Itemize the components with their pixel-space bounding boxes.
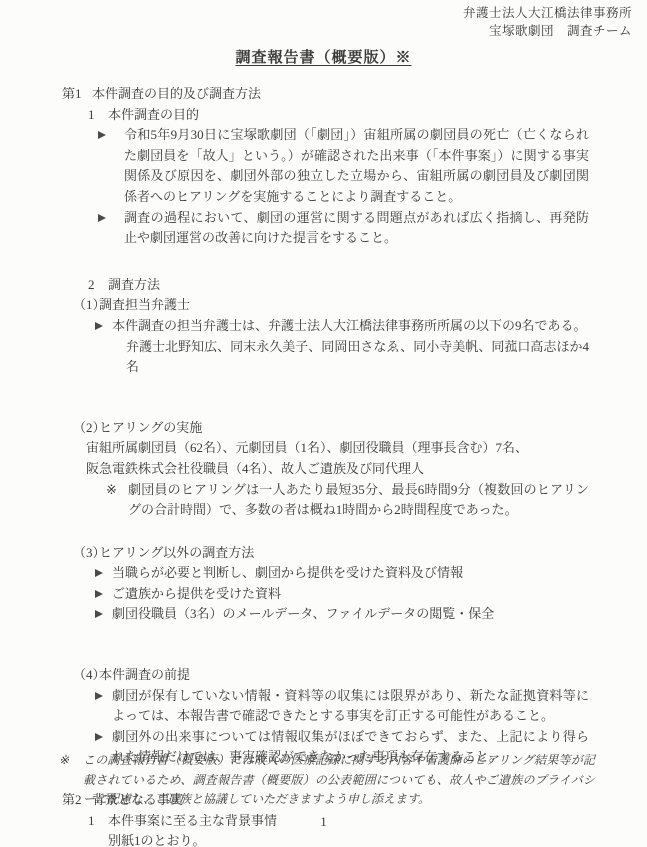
item-marker: 第1	[62, 84, 92, 105]
item-text: 当職らが必要と判断し、劇団から提供を受けた資料及び情報	[112, 563, 589, 584]
item-marker: ※	[106, 480, 128, 501]
arrow-bullet	[95, 563, 112, 584]
item-text: 本件調査の目的	[108, 105, 589, 126]
item-text: 宙組所属劇団員（62名）、元劇団員（1名）、劇団役職員（理事長含む）7名、	[86, 438, 589, 459]
report-page: 弁護士法人大江橋法律事務所 宝塚歌劇団 調査チーム 調査報告書（概要版）※ 第1…	[0, 0, 647, 847]
lawyer-names-line: 弁護士北野知広、同末永久美子、同岡田さなゑ、同小寺美帆、同菰口高志ほか4名	[126, 337, 589, 378]
numbered-heading: 1本件調査の目的	[88, 105, 589, 126]
page-number: 1	[0, 814, 647, 830]
item-text: 本件調査の目的及び調査方法	[92, 84, 589, 105]
arrow-bullet-icon	[95, 569, 103, 577]
reference-mark-icon: ※	[59, 751, 83, 771]
item-text: 阪急電鉄株式会社役職員（4名）、故人ご遺族及び同代理人	[86, 459, 589, 480]
item-marker: （4）	[73, 665, 99, 686]
item-text: 調査方法	[108, 275, 589, 296]
section-heading: 第1本件調査の目的及び調査方法	[62, 84, 589, 105]
document-body: 第1本件調査の目的及び調査方法1本件調査の目的令和5年9月30日に宝塚歌劇団（「…	[0, 84, 647, 847]
arrow-bullet-icon	[95, 322, 103, 330]
letterhead: 弁護士法人大江橋法律事務所 宝塚歌劇団 調査チーム	[463, 4, 632, 40]
footnote: ※ この調査報告書（概要版）には故人の医療記録に関する内容や看護師のヒアリング結…	[59, 751, 595, 810]
bullet-item: 劇団役職員（3名）のメールデータ、ファイルデータの閲覧・保全	[95, 604, 589, 625]
arrow-bullet-icon	[98, 131, 106, 139]
arrow-bullet-icon	[95, 610, 103, 618]
letterhead-team-name: 宝塚歌劇団 調査チーム	[463, 22, 632, 40]
item-marker: 2	[88, 275, 108, 296]
item-marker: （3）	[73, 543, 99, 564]
arrow-bullet	[95, 727, 112, 748]
note-item: ※劇団員のヒアリングは一人あたり最短35分、最長6時間9分（複数回のヒアリングの…	[106, 480, 589, 521]
item-text: 劇団が保有していない情報・資料等の収集には限界があり、新たな証拠資料等によっては…	[112, 686, 589, 727]
blank-line	[0, 521, 589, 543]
item-marker: （2）	[73, 418, 99, 439]
arrow-bullet-icon	[95, 692, 103, 700]
arrow-bullet-icon	[95, 733, 103, 741]
arrow-bullet	[95, 584, 112, 605]
arrow-bullet	[95, 604, 112, 625]
bullet-item: 当職らが必要と判断し、劇団から提供を受けた資料及び情報	[95, 563, 589, 584]
arrow-bullet-icon	[95, 590, 103, 598]
blank-line	[0, 625, 589, 665]
sub-heading: （4）本件調査の前提	[73, 665, 589, 686]
arrow-bullet	[95, 316, 112, 337]
item-text: 調査担当弁護士	[99, 295, 589, 316]
letterhead-firm-name: 弁護士法人大江橋法律事務所	[463, 4, 632, 22]
bullet-item: ご遺族から提供を受けた資料	[95, 584, 589, 605]
arrow-bullet	[95, 686, 112, 707]
item-text: 弁護士北野知広、同末永久美子、同岡田さなゑ、同小寺美帆、同菰口高志ほか4名	[126, 337, 589, 378]
footnote-text: この調査報告書（概要版）には故人の医療記録に関する内容や看護師のヒアリング結果等…	[83, 751, 595, 810]
item-text: 劇団役職員（3名）のメールデータ、ファイルデータの閲覧・保全	[112, 604, 589, 625]
item-text: 劇団員のヒアリングは一人あたり最短35分、最長6時間9分（複数回のヒアリングの合…	[128, 480, 589, 521]
item-marker: （1）	[73, 295, 99, 316]
blank-line	[0, 249, 589, 275]
body-line: 阪急電鉄株式会社役職員（4名）、故人ご遺族及び同代理人	[86, 459, 589, 480]
sub-heading: （3）ヒアリング以外の調査方法	[73, 543, 589, 564]
item-text: 調査の過程において、劇団の運営に関する問題点があれば広く指摘し、再発防止や劇団運…	[124, 208, 589, 249]
bullet-item: 令和5年9月30日に宝塚歌劇団（「劇団」）宙組所属の劇団員の死亡（亡くなられた劇…	[98, 125, 589, 207]
item-text: ご遺族から提供を受けた資料	[112, 584, 589, 605]
item-marker: 1	[88, 105, 108, 126]
blank-line	[0, 378, 589, 418]
bullet-item: 本件調査の担当弁護士は、弁護士法人大江橋法律事務所所属の以下の9名である。	[95, 316, 589, 337]
arrow-bullet-icon	[98, 214, 106, 222]
item-text: 本件調査の前提	[99, 665, 589, 686]
document-title-text: 調査報告書（概要版）※	[235, 50, 411, 66]
bullet-item: 調査の過程において、劇団の運営に関する問題点があれば広く指摘し、再発防止や劇団運…	[98, 208, 589, 249]
item-text: ヒアリング以外の調査方法	[99, 543, 589, 564]
bullet-item: 劇団が保有していない情報・資料等の収集には限界があり、新たな証拠資料等によっては…	[95, 686, 589, 727]
item-text: 令和5年9月30日に宝塚歌劇団（「劇団」）宙組所属の劇団員の死亡（亡くなられた劇…	[124, 125, 589, 207]
item-text: ヒアリングの実施	[99, 418, 589, 439]
arrow-bullet	[98, 208, 124, 229]
item-text: 別紙1のとおり。	[108, 831, 589, 847]
sub-heading: （2）ヒアリングの実施	[73, 418, 589, 439]
sub-heading: （1）調査担当弁護士	[73, 295, 589, 316]
arrow-bullet	[98, 125, 124, 146]
body-line: 別紙1のとおり。	[108, 831, 589, 847]
numbered-heading: 2調査方法	[88, 275, 589, 296]
body-line: 宙組所属劇団員（62名）、元劇団員（1名）、劇団役職員（理事長含む）7名、	[86, 438, 589, 459]
item-text: 本件調査の担当弁護士は、弁護士法人大江橋法律事務所所属の以下の9名である。	[112, 316, 589, 337]
